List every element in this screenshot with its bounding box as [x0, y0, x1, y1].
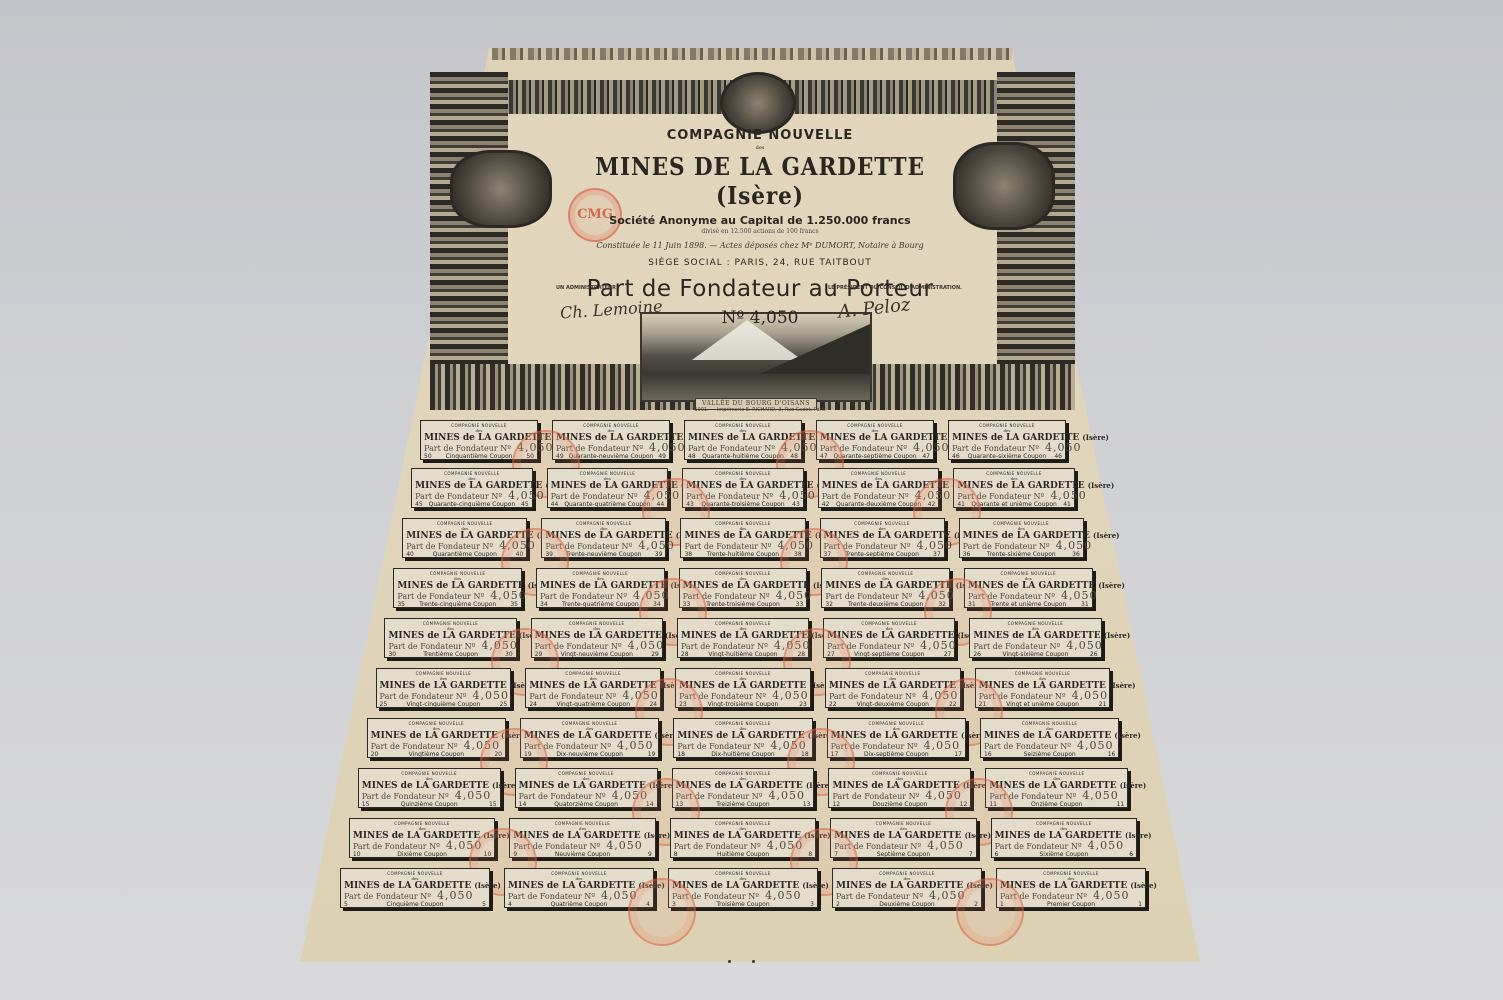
coupon-part-label: Part de Fondateur Nº	[957, 492, 1044, 501]
coupon: COMPAGNIE NOUVELLEdesMINES de LA GARDETT…	[825, 668, 961, 708]
coupon-index-right: 49	[658, 453, 666, 460]
coupon: COMPAGNIE NOUVELLEdesMINES de LA GARDETT…	[985, 768, 1128, 808]
hole-icon	[752, 960, 755, 963]
coupon-label: Neuvième Coupon	[555, 851, 610, 858]
coupon: COMPAGNIE NOUVELLEdesMINES de LA GARDETT…	[411, 468, 533, 508]
coupon-part-line: Part de Fondateur Nº4,050	[827, 641, 951, 651]
coupon: COMPAGNIE NOUVELLEdesMINES de LA GARDETT…	[953, 468, 1075, 508]
coupon-index-left: 39	[545, 551, 553, 558]
coupon: COMPAGNIE NOUVELLEdesMINES de LA GARDETT…	[670, 818, 816, 858]
coupon-footer: 7Septième Coupon7	[834, 851, 972, 858]
coupon-part-label: Part de Fondateur Nº	[344, 892, 431, 901]
coupon-label: Vingt-troisième Coupon	[708, 701, 779, 708]
coupon-part-line: Part de Fondateur Nº4,050	[957, 491, 1071, 501]
coupon-footer: 50Cinquantième Coupon50	[424, 453, 534, 460]
coupon-index-left: 19	[524, 751, 532, 758]
coupon-label: Vingt-sixième Coupon	[1003, 651, 1069, 658]
coupon-index-left: 30	[388, 651, 396, 658]
coupon-part-line: Part de Fondateur Nº4,050	[424, 443, 534, 453]
coupon-index-left: 37	[824, 551, 832, 558]
coupon-isere: (Isère)	[1114, 731, 1140, 740]
coupon-part-line: Part de Fondateur Nº4,050	[380, 691, 508, 701]
coupon-part-label: Part de Fondateur Nº	[836, 892, 923, 901]
coupon-index-left: 47	[820, 453, 828, 460]
table-surface	[0, 960, 1503, 1000]
coupon-index-right: 15	[489, 801, 497, 808]
coupon-isere: (Isère)	[1130, 881, 1156, 890]
coupon-part-line: Part de Fondateur Nº4,050	[829, 691, 957, 701]
coupon-index-right: 42	[928, 501, 936, 508]
coupon-footer: 6Sixième Coupon6	[995, 851, 1133, 858]
coupon-part-line: Part de Fondateur Nº4,050	[984, 741, 1115, 751]
coupon-footer: 43Quarante-troisième Coupon43	[686, 501, 800, 508]
coupon-index-right: 9	[648, 851, 652, 858]
coupon-part-label: Part de Fondateur Nº	[681, 642, 768, 651]
capital-line: Société Anonyme au Capital de 1.250.000 …	[540, 214, 980, 227]
coupon-index-left: 9	[513, 851, 517, 858]
coupon-part-label: Part de Fondateur Nº	[824, 542, 911, 551]
coupon-part-label: Part de Fondateur Nº	[397, 592, 484, 601]
coupon-index-left: 21	[979, 701, 987, 708]
coupon-label: Quarante-sixième Coupon	[968, 453, 1046, 460]
coupon-index-right: 45	[521, 501, 529, 508]
coupon-footer: 9Neuvième Coupon9	[513, 851, 651, 858]
coupon-index-left: 36	[963, 551, 971, 558]
coupon-part-line: Part de Fondateur Nº4,050	[686, 491, 800, 501]
coupon-label: Vingt-septième Coupon	[854, 651, 925, 658]
coupon-footer: 16Seizième Coupon16	[984, 751, 1115, 758]
certificate-title-block: COMPAGNIE NOUVELLE des MINES DE LA GARDE…	[540, 128, 980, 328]
binding-holes	[728, 960, 768, 964]
coupon-part-label: Part de Fondateur Nº	[973, 642, 1060, 651]
coupon-footer: 21Vingt et unième Coupon21	[979, 701, 1107, 708]
coupon-label: Dix-huitième Coupon	[711, 751, 774, 758]
coupon: COMPAGNIE NOUVELLEdesMINES de LA GARDETT…	[980, 718, 1119, 758]
coupon-part-label: Part de Fondateur Nº	[831, 742, 918, 751]
coupon-index-right: 39	[655, 551, 663, 558]
coupon-label: Trente-quatrième Coupon	[562, 601, 639, 608]
coupon-label: Vingtième Coupon	[409, 751, 464, 758]
coupon-index-left: 26	[973, 651, 981, 658]
coupon-index-right: 44	[657, 501, 665, 508]
coupon-isere: (Isère)	[965, 831, 991, 840]
coupon-label: Quatorzième Coupon	[554, 801, 618, 808]
coupon-part-line: Part de Fondateur Nº4,050	[371, 741, 502, 751]
coupon-index-right: 35	[510, 601, 518, 608]
coupon-footer: 37Trente-septième Coupon37	[824, 551, 941, 558]
coupon-part-label: Part de Fondateur Nº	[688, 444, 775, 453]
coupon-part-label: Part de Fondateur Nº	[529, 692, 616, 701]
coupon: COMPAGNIE NOUVELLEdesMINES de LA GARDETT…	[672, 768, 815, 808]
coupon-number: 4,050	[925, 789, 962, 802]
coupon-part-line: Part de Fondateur Nº4,050	[397, 591, 518, 601]
coupon-part-line: Part de Fondateur Nº4,050	[836, 891, 978, 901]
coupon-part-label: Part de Fondateur Nº	[371, 742, 458, 751]
coupon-footer: 35Trente-cinquième Coupon35	[397, 601, 518, 608]
coupon-label: Trente-huitième Coupon	[707, 551, 779, 558]
coupon-part-label: Part de Fondateur Nº	[1000, 892, 1087, 901]
coupon-footer: 5Cinquième Coupon5	[344, 901, 486, 908]
coupon-index-right: 18	[801, 751, 809, 758]
coupon-footer: 48Quarante-huitième Coupon48	[688, 453, 798, 460]
coupon-footer: 24Vingt-quatrième Coupon24	[529, 701, 657, 708]
coupon-index-left: 44	[551, 501, 559, 508]
coupon: COMPAGNIE NOUVELLEdesMINES de LA GARDETT…	[820, 518, 945, 558]
coupon-part-label: Part de Fondateur Nº	[995, 842, 1082, 851]
coupon-number: 4,050	[455, 789, 492, 802]
coupon-label: Trente et unième Coupon	[990, 601, 1066, 608]
coupon-part-label: Part de Fondateur Nº	[380, 692, 467, 701]
coupon-part-line: Part de Fondateur Nº4,050	[415, 491, 529, 501]
coupon-index-left: 15	[362, 801, 370, 808]
coupon-part-label: Part de Fondateur Nº	[353, 842, 440, 851]
coupon-index-right: 19	[648, 751, 656, 758]
coupon-label: Vingt-quatrième Coupon	[556, 701, 630, 708]
coupon-label: Dixième Coupon	[397, 851, 447, 858]
coupon-part-label: Part de Fondateur Nº	[989, 792, 1076, 801]
coupon-index-right: 16	[1108, 751, 1116, 758]
coupon: COMPAGNIE NOUVELLEdesMINES de LA GARDETT…	[996, 868, 1146, 908]
coupon-part-line: Part de Fondateur Nº4,050	[513, 841, 651, 851]
coupon-number: 4,050	[606, 839, 643, 852]
coupon-part-label: Part de Fondateur Nº	[551, 492, 638, 501]
coupon-index-left: 2	[836, 901, 840, 908]
coupon-index-left: 40	[406, 551, 414, 558]
president-label: LE PRÉSIDENT DU CONSEIL D'ADMINISTRATION…	[828, 285, 962, 291]
coupon-part-line: Part de Fondateur Nº4,050	[353, 841, 491, 851]
coupon-index-left: 16	[984, 751, 992, 758]
coupon-number: 4,050	[649, 441, 686, 454]
capital-subline: divisé en 12.500 actions de 100 francs	[540, 228, 980, 235]
coupon-isere: (Isère)	[474, 881, 500, 890]
coupon-index-right: 8	[808, 851, 812, 858]
coupon-part-label: Part de Fondateur Nº	[686, 492, 773, 501]
coupon-label: Quarantième Coupon	[433, 551, 497, 558]
coupon: COMPAGNIE NOUVELLEdesMINES de LA GARDETT…	[509, 818, 655, 858]
coupon-part-label: Part de Fondateur Nº	[820, 444, 907, 453]
frame-right-column	[997, 72, 1075, 410]
coupon-label: Quarante et unième Coupon	[971, 501, 1056, 508]
coupon-footer: 15Quinzième Coupon15	[362, 801, 497, 808]
coupon-footer: 11Onzième Coupon11	[989, 801, 1124, 808]
coupon-footer: 45Quarante-cinquième Coupon45	[415, 501, 529, 508]
coupon-part-line: Part de Fondateur Nº4,050	[535, 641, 659, 651]
coupon: COMPAGNIE NOUVELLEdesMINES de LA GARDETT…	[684, 420, 802, 460]
coupon-footer: 20Vingtième Coupon20	[371, 751, 502, 758]
coupon-index-left: 22	[829, 701, 837, 708]
coupon-part-line: Part de Fondateur Nº4,050	[995, 841, 1133, 851]
coupon: COMPAGNIE NOUVELLEdesMINES de LA GARDETT…	[402, 518, 527, 558]
coupon-number: 4,050	[918, 589, 955, 602]
printer-line: 1901. — Imprimerie E. RICHARD, 3, Rue Ca…	[640, 407, 880, 413]
coupon-index-left: 27	[827, 651, 835, 658]
coupon: COMPAGNIE NOUVELLEdesMINES de LA GARDETT…	[680, 518, 805, 558]
coupon-part-line: Part de Fondateur Nº4,050	[831, 741, 962, 751]
coupon-number: 4,050	[1093, 889, 1130, 902]
coupon-index-left: 38	[684, 551, 692, 558]
coupon-index-left: 29	[535, 651, 543, 658]
coupon-footer: 29Vingt-neuvième Coupon29	[535, 651, 659, 658]
coupon-index-right: 38	[794, 551, 802, 558]
coupon-label: Douzième Coupon	[872, 801, 927, 808]
coupon-index-right: 47	[922, 453, 930, 460]
coupon-footer: 13Treizième Coupon13	[676, 801, 811, 808]
coupon-index-right: 17	[954, 751, 962, 758]
coupon: COMPAGNIE NOUVELLEdesMINES de LA GARDETT…	[975, 668, 1111, 708]
coupon-isere: (Isère)	[644, 831, 670, 840]
coupon-part-label: Part de Fondateur Nº	[545, 542, 632, 551]
coupon-index-left: 34	[540, 601, 548, 608]
coupon-footer: 26Vingt-sixième Coupon26	[973, 651, 1097, 658]
coupon-part-line: Part de Fondateur Nº4,050	[674, 841, 812, 851]
coupon-part-label: Part de Fondateur Nº	[677, 742, 764, 751]
coupon: COMPAGNIE NOUVELLEdesMINES de LA GARDETT…	[959, 518, 1084, 558]
coupon: COMPAGNIE NOUVELLEdesMINES de LA GARDETT…	[520, 718, 659, 758]
coupon-index-right: 48	[790, 453, 798, 460]
coupon-label: Quarante-deuxième Coupon	[836, 501, 921, 508]
coupon-index-right: 5	[482, 901, 486, 908]
coupon-number: 4,050	[776, 589, 813, 602]
coupon-part-line: Part de Fondateur Nº4,050	[677, 741, 808, 751]
coupon-part-label: Part de Fondateur Nº	[979, 692, 1066, 701]
coupon-isere: (Isère)	[966, 881, 992, 890]
coupon-label: Treizième Coupon	[716, 801, 769, 808]
coupon-index-right: 34	[653, 601, 661, 608]
coupon-part-line: Part de Fondateur Nº4,050	[679, 691, 807, 701]
coupon-part-line: Part de Fondateur Nº4,050	[545, 541, 662, 551]
coupon-label: Trente-neuvième Coupon	[566, 551, 641, 558]
coupon-part-label: Part de Fondateur Nº	[424, 444, 511, 453]
coupon-index-right: 20	[494, 751, 502, 758]
coupon-footer: 12Douzième Coupon12	[832, 801, 967, 808]
coupon-footer: 1Premier Coupon1	[1000, 901, 1142, 908]
coupon-label: Dix-septième Coupon	[864, 751, 929, 758]
coupon-isere: (Isère)	[804, 831, 830, 840]
coupon-part-label: Part de Fondateur Nº	[825, 592, 912, 601]
coupon-index-left: 5	[344, 901, 348, 908]
coupon-index-left: 35	[397, 601, 405, 608]
coupon-isere: (Isère)	[1088, 481, 1114, 490]
coupon-label: Quarante-neuvième Coupon	[569, 453, 654, 460]
coupon-index-right: 37	[933, 551, 941, 558]
coupon-isere: (Isère)	[1125, 831, 1151, 840]
coupon-number: 4,050	[781, 441, 818, 454]
coupon-part-label: Part de Fondateur Nº	[679, 692, 766, 701]
coupon-label: Premier Coupon	[1047, 901, 1095, 908]
coupon: COMPAGNIE NOUVELLEdesMINES de LA GARDETT…	[340, 868, 490, 908]
coupon: COMPAGNIE NOUVELLEdesMINES de LA GARDETT…	[682, 468, 804, 508]
coupon-number: 4,050	[1061, 589, 1098, 602]
coupon-footer: 38Trente-huitième Coupon38	[684, 551, 801, 558]
coupon: COMPAGNIE NOUVELLEdesMINES de LA GARDETT…	[832, 868, 982, 908]
coupon-index-left: 18	[677, 751, 685, 758]
coupon-label: Quarante-quatrième Coupon	[564, 501, 650, 508]
coupon-part-line: Part de Fondateur Nº4,050	[508, 891, 650, 901]
coupon-part-line: Part de Fondateur Nº4,050	[1000, 891, 1142, 901]
coupon-label: Cinquantième Coupon	[446, 453, 513, 460]
coupon-part-label: Part de Fondateur Nº	[406, 542, 493, 551]
coupon-label: Trentième Coupon	[423, 651, 478, 658]
coupon-part-label: Part de Fondateur Nº	[508, 892, 595, 901]
coupon-footer: 19Dix-neuvième Coupon19	[524, 751, 655, 758]
coupon-index-left: 33	[683, 601, 691, 608]
coupon-number: 4,050	[1088, 839, 1125, 852]
coupon-part-label: Part de Fondateur Nº	[984, 742, 1071, 751]
coupon: COMPAGNIE NOUVELLEdesMINES de LA GARDETT…	[349, 818, 495, 858]
coupon-footer: 47Quarante-septième Coupon47	[820, 453, 930, 460]
coupon-label: Sixième Coupon	[1039, 851, 1088, 858]
coupon: COMPAGNIE NOUVELLEdesMINES de LA GARDETT…	[541, 518, 666, 558]
coupon-part-line: Part de Fondateur Nº4,050	[406, 541, 523, 551]
coupon-index-left: 8	[674, 851, 678, 858]
mountain-ridge-icon	[760, 324, 870, 374]
coupon-index-left: 42	[822, 501, 830, 508]
coupon-label: Vingt-huitième Coupon	[708, 651, 777, 658]
coupon-footer: 40Quarantième Coupon40	[406, 551, 523, 558]
coupon-isere: (Isère)	[1104, 631, 1130, 640]
coupon-footer: 14Quatorzième Coupon14	[519, 801, 654, 808]
coupon: COMPAGNIE NOUVELLEdesMINES de LA GARDETT…	[420, 420, 538, 460]
coupon-index-left: 4	[508, 901, 512, 908]
coupon-label: Trente-deuxième Coupon	[848, 601, 923, 608]
coupon-label: Quarante-cinquième Coupon	[429, 501, 515, 508]
coupon-footer: 18Dix-huitième Coupon18	[677, 751, 808, 758]
coupon-part-label: Part de Fondateur Nº	[834, 842, 921, 851]
coupon-isere: (Isère)	[1093, 531, 1119, 540]
coupon-footer: 33Trente-troisième Coupon33	[683, 601, 804, 608]
coupon-number: 4,050	[1082, 789, 1119, 802]
coupon-index-left: 14	[519, 801, 527, 808]
coupon-index-right: 21	[1099, 701, 1107, 708]
coupon-index-left: 50	[424, 453, 432, 460]
coupon-part-line: Part de Fondateur Nº4,050	[362, 791, 497, 801]
coupon-index-left: 48	[688, 453, 696, 460]
coupon-part-label: Part de Fondateur Nº	[963, 542, 1050, 551]
coupon-part-line: Part de Fondateur Nº4,050	[963, 541, 1080, 551]
company-name: MINES DE LA GARDETTE (Isère)	[562, 152, 958, 210]
coupon-index-right: 40	[516, 551, 524, 558]
coupon-index-left: 24	[529, 701, 537, 708]
coupon-footer: 25Vingt-cinquième Coupon25	[380, 701, 508, 708]
coupon-sheet: COMPAGNIE NOUVELLEdesMINES de LA GARDETT…	[320, 420, 1180, 910]
coupon-part-label: Part de Fondateur Nº	[829, 692, 916, 701]
coupon-part-label: Part de Fondateur Nº	[362, 792, 449, 801]
coupon-index-right: 14	[646, 801, 654, 808]
coupon-part-line: Part de Fondateur Nº4,050	[672, 891, 814, 901]
coupon-label: Quarante-troisième Coupon	[701, 501, 784, 508]
coupon-footer: 34Trente-quatrième Coupon34	[540, 601, 661, 608]
coupon-part-label: Part de Fondateur Nº	[672, 892, 759, 901]
coupon: COMPAGNIE NOUVELLEdesMINES de LA GARDETT…	[679, 568, 808, 608]
coupon-number: 4,050	[446, 839, 483, 852]
coupon-part-label: Part de Fondateur Nº	[676, 792, 763, 801]
coupon: COMPAGNIE NOUVELLEdesMINES de LA GARDETT…	[675, 668, 811, 708]
coupon-part-label: Part de Fondateur Nº	[683, 592, 770, 601]
coupon-index-left: 45	[415, 501, 423, 508]
coupon-isere: (Isère)	[638, 881, 664, 890]
coupon-part-line: Part de Fondateur Nº4,050	[676, 791, 811, 801]
coupon: COMPAGNIE NOUVELLEdesMINES de LA GARDETT…	[677, 618, 809, 658]
coupon-number: 4,050	[765, 889, 802, 902]
coupon-footer: 49Quarante-neuvième Coupon49	[556, 453, 666, 460]
coupon-part-label: Part de Fondateur Nº	[674, 842, 761, 851]
coupon-footer: 36Trente-sixième Coupon36	[963, 551, 1080, 558]
coupon-index-left: 28	[681, 651, 689, 658]
coupon-label: Vingt-deuxième Coupon	[857, 701, 929, 708]
coupon: COMPAGNIE NOUVELLEdesMINES de LA GARDETT…	[525, 668, 661, 708]
coupon-label: Dix-neuvième Coupon	[556, 751, 623, 758]
coupon-label: Trente-cinquième Coupon	[419, 601, 496, 608]
coupon-number: 4,050	[913, 441, 950, 454]
coupon-index-left: 10	[353, 851, 361, 858]
coupon-part-line: Part de Fondateur Nº4,050	[822, 491, 936, 501]
coupon-index-left: 1	[1000, 901, 1004, 908]
coupon-index-left: 32	[825, 601, 833, 608]
coupon: COMPAGNIE NOUVELLEdesMINES de LA GARDETT…	[367, 718, 506, 758]
coupon-index-right: 22	[949, 701, 957, 708]
coupon-part-line: Part de Fondateur Nº4,050	[551, 491, 665, 501]
coupon-label: Trente-sixième Coupon	[987, 551, 1056, 558]
coupon-index-left: 6	[995, 851, 999, 858]
coupon-part-line: Part de Fondateur Nº4,050	[825, 591, 946, 601]
coupon-footer: 4Quatrième Coupon4	[508, 901, 650, 908]
coupon-label: Trente-septième Coupon	[845, 551, 919, 558]
coupon-part-line: Part de Fondateur Nº4,050	[820, 443, 930, 453]
coupon-isere: (Isère)	[1098, 581, 1124, 590]
coupon-part-line: Part de Fondateur Nº4,050	[684, 541, 801, 551]
coupon-index-right: 50	[526, 453, 534, 460]
coupon-part-line: Part de Fondateur Nº4,050	[968, 591, 1089, 601]
coupon-index-right: 32	[938, 601, 946, 608]
coupon-part-label: Part de Fondateur Nº	[535, 642, 622, 651]
coupon-label: Quinzième Coupon	[401, 801, 458, 808]
coupon-index-right: 33	[796, 601, 804, 608]
coupon-index-left: 3	[672, 901, 676, 908]
head-office-line: SIÈGE SOCIAL : PARIS, 24, RUE TAITBOUT	[540, 258, 980, 268]
coupon-label: Deuxième Coupon	[879, 901, 934, 908]
coupon: COMPAGNIE NOUVELLEdesMINES de LA GARDETT…	[376, 668, 512, 708]
coupon-label: Quarante-huitième Coupon	[702, 453, 784, 460]
coupon-part-line: Part de Fondateur Nº4,050	[556, 443, 666, 453]
coupon-footer: 42Quarante-deuxième Coupon42	[822, 501, 936, 508]
coupon-index-right: 7	[969, 851, 973, 858]
hole-icon	[728, 960, 731, 963]
coupon-index-right: 6	[1129, 851, 1133, 858]
coupon: COMPAGNIE NOUVELLEdesMINES de LA GARDETT…	[504, 868, 654, 908]
coupon: COMPAGNIE NOUVELLEdesMINES de LA GARDETT…	[821, 568, 950, 608]
coupon-footer: 10Dixième Coupon10	[353, 851, 491, 858]
admin-label: UN ADMINISTRATEUR.	[556, 285, 618, 291]
coupon: COMPAGNIE NOUVELLEdesMINES de LA GARDETT…	[668, 868, 818, 908]
coupon-footer: 22Vingt-deuxième Coupon22	[829, 701, 957, 708]
coupon-index-right: 2	[974, 901, 978, 908]
coupon-footer: 44Quarante-quatrième Coupon44	[551, 501, 665, 508]
coupon-footer: 28Vingt-huitième Coupon28	[681, 651, 805, 658]
coupon-number: 4,050	[517, 441, 554, 454]
coupon-isere: (Isère)	[1109, 681, 1135, 690]
coupon-index-left: 13	[676, 801, 684, 808]
coupon-index-right: 46	[1054, 453, 1062, 460]
coupon: COMPAGNIE NOUVELLEdesMINES de LA GARDETT…	[816, 420, 934, 460]
coupon-label: Vingt-neuvième Coupon	[561, 651, 633, 658]
coupon-isere: (Isère)	[1120, 781, 1146, 790]
coupon-index-left: 17	[831, 751, 839, 758]
coupon-part-line: Part de Fondateur Nº4,050	[824, 541, 941, 551]
coupon-index-right: 12	[960, 801, 968, 808]
coupon: COMPAGNIE NOUVELLEdesMINES de LA GARDETT…	[515, 768, 658, 808]
coupon-label: Trente-troisième Coupon	[706, 601, 780, 608]
coupon-number: 4,050	[769, 789, 806, 802]
